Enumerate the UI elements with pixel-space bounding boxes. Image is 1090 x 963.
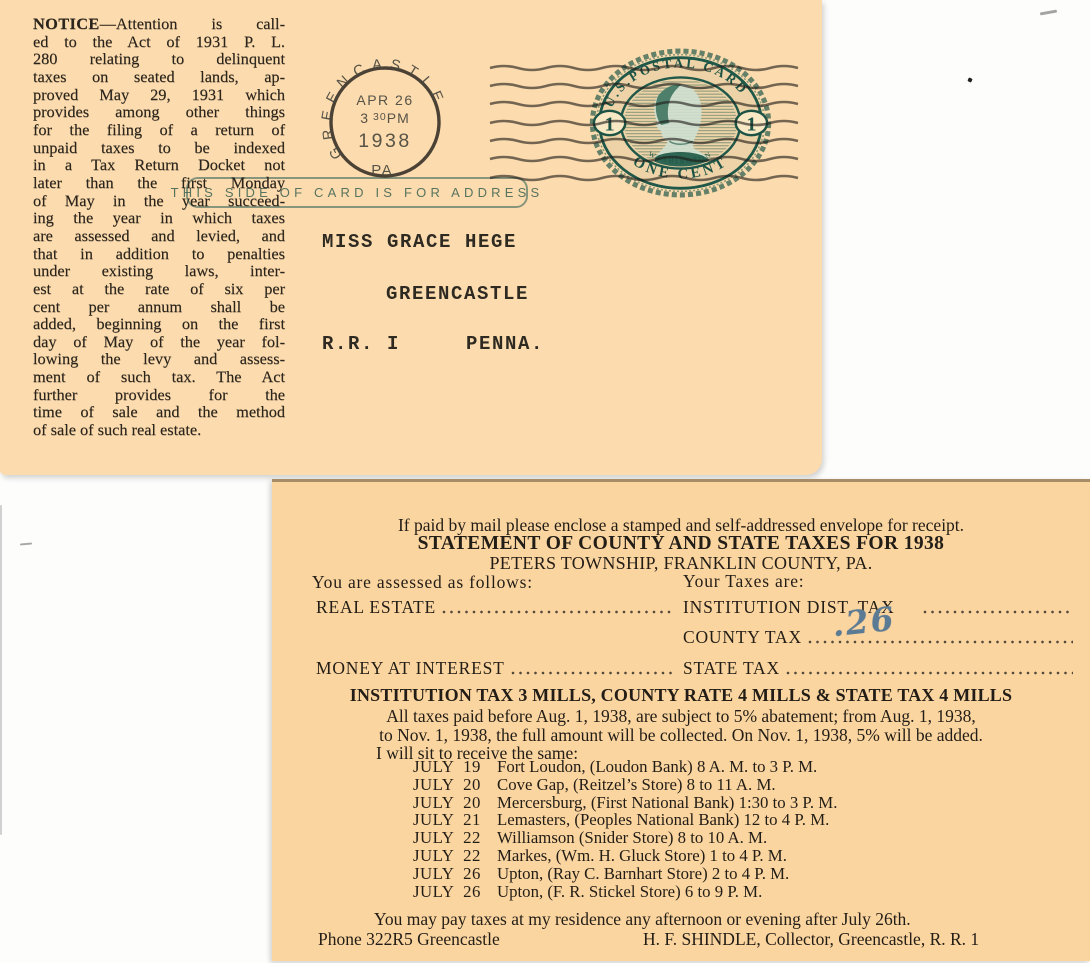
notice-line: of May in the year succeed- (33, 192, 285, 210)
notice-line: later than the first Monday (33, 174, 285, 192)
address-state: PENNA. (466, 333, 544, 355)
notice-line: time of sale and the method (33, 403, 285, 421)
schedule-place: Cove Gap, (Reitzel’s Store) 8 to 11 A. M… (497, 775, 776, 794)
statement-title: STATEMENT OF COUNTY AND STATE TAXES FOR … (272, 533, 1090, 555)
address-city: GREENCASTLE (386, 283, 529, 305)
schedule-place: Upton, (F. R. Stickel Store) 6 to 9 P. M… (497, 882, 762, 901)
schedule-place: Mercersburg, (First National Bank) 1:30 … (497, 793, 837, 812)
notice-line: taxes on seated lands, ap- (33, 68, 285, 86)
schedule-row: JULY 19Fort Loudon, (Loudon Bank) 8 A. M… (413, 758, 837, 776)
notice-line: NOTICE—Attention is call- (33, 15, 285, 33)
money-at-interest-label: MONEY AT INTEREST (316, 658, 505, 679)
schedule-row: JULY 26Upton, (F. R. Stickel Store) 6 to… (413, 883, 837, 901)
notice-line: ed to the Act of 1931 P. L. (33, 33, 285, 51)
notice-line: provides among other things (33, 103, 285, 121)
schedule-date: JULY 26 (413, 883, 497, 901)
notice-line: in a Tax Return Docket not (33, 156, 285, 174)
notice-line: lowing the levy and assess- (33, 350, 285, 368)
scan-edge-shadow (0, 505, 2, 835)
state-tax-row: STATE TAX (683, 658, 1075, 679)
real-estate-label: REAL ESTATE (316, 597, 436, 618)
schedule-row: JULY 20Mercersburg, (First National Bank… (413, 794, 837, 812)
notice-line: ment of such tax. The Act (33, 368, 285, 386)
notice-line: added, beginning on the first (33, 315, 285, 333)
cancellation-lines (488, 58, 828, 188)
notice-line: that in addition to penalties (33, 245, 285, 263)
residence-line: You may pay taxes at my residence any af… (374, 909, 911, 930)
address-recipient: MISS GRACE HEGE (322, 231, 517, 253)
address-rural-route: R.R. I (322, 333, 400, 355)
schedule-date: JULY 21 (413, 811, 497, 829)
postmark-icon: GREENCASTLE APR 26 330PM 1938 PA. (315, 52, 455, 194)
schedule-row: JULY 26Upton, (Ray C. Barnhart Store) 2 … (413, 865, 837, 883)
notice-line: of sale of such real estate. (33, 421, 285, 439)
postmark-year: 1938 (358, 130, 411, 152)
notice-line: ing the year in which taxes (33, 209, 285, 227)
notice-line: day of May of the year fol- (33, 333, 285, 351)
county-tax-label: COUNTY TAX (683, 627, 802, 648)
schedule-date: JULY 22 (413, 847, 497, 865)
schedule-date: JULY 19 (413, 758, 497, 776)
notice-line: are assessed and levied, and (33, 227, 285, 245)
scan-speck (20, 542, 32, 545)
schedule-place: Upton, (Ray C. Barnhart Store) 2 to 4 P.… (497, 864, 789, 883)
postmark-state: PA. (371, 162, 399, 179)
postmark-date: APR 26 (356, 92, 413, 108)
dotted-leader (442, 609, 674, 615)
schedule-row: JULY 22Williamson (Snider Store) 8 to 10… (413, 829, 837, 847)
dotted-leader (511, 670, 674, 676)
collector-line: H. F. SHINDLE, Collector, Greencastle, R… (643, 929, 979, 950)
scan-speck (1040, 10, 1057, 16)
scan-speck (967, 77, 972, 82)
mill-rates-line: INSTITUTION TAX 3 MILLS, COUNTY RATE 4 M… (272, 685, 1090, 706)
schedule-date: JULY 20 (413, 794, 497, 812)
abatement-line-1: All taxes paid before Aug. 1, 1938, are … (272, 706, 1090, 727)
schedule-place: Williamson (Snider Store) 8 to 10 A. M. (497, 828, 767, 847)
notice-line: under existing laws, inter- (33, 262, 285, 280)
phone-line: Phone 322R5 Greencastle (318, 929, 500, 950)
money-at-interest-row: MONEY AT INTEREST (316, 658, 676, 679)
notice-line: for the filing of a return of (33, 121, 285, 139)
notice-line: proved May 29, 1931 which (33, 86, 285, 104)
scanned-postcard-page: NOTICE—Attention is call-ed to the Act o… (0, 0, 1090, 963)
notice-line: 280 relating to delinquent (33, 50, 285, 68)
state-tax-label: STATE TAX (683, 658, 780, 679)
assessed-label: You are assessed as follows: (312, 572, 533, 593)
schedule-place: Lemasters, (Peoples National Bank) 12 to… (497, 810, 829, 829)
schedule-row: JULY 20Cove Gap, (Reitzel’s Store) 8 to … (413, 776, 837, 794)
notice-line: est at the rate of six per (33, 280, 285, 298)
postmark-time: 330PM (360, 110, 409, 126)
notice-line: unpaid taxes to be indexed (33, 139, 285, 157)
schedule-date: JULY 22 (413, 829, 497, 847)
schedule-date: JULY 20 (413, 776, 497, 794)
notice-line: further provides for the (33, 386, 285, 404)
schedule-date: JULY 26 (413, 865, 497, 883)
notice-line: cent per annum shall be (33, 298, 285, 316)
schedule-place: Markes, (Wm. H. Gluck Store) 1 to 4 P. M… (497, 846, 787, 865)
real-estate-row: REAL ESTATE (316, 597, 676, 618)
dotted-leader (786, 670, 1073, 676)
your-taxes-label: Your Taxes are: (683, 571, 804, 592)
schedule-row: JULY 22Markes, (Wm. H. Gluck Store) 1 to… (413, 847, 837, 865)
county-tax-handwritten-value: .26 (830, 599, 897, 644)
township-subtitle: PETERS TOWNSHIP, FRANKLIN COUNTY, PA. (272, 553, 1090, 574)
postcard-back: If paid by mail please enclose a stamped… (272, 479, 1090, 961)
notice-text: NOTICE—Attention is call-ed to the Act o… (33, 15, 285, 439)
schedule-place: Fort Loudon, (Loudon Bank) 8 A. M. to 3 … (497, 757, 817, 776)
dotted-leader (923, 609, 1073, 615)
postcard-front: NOTICE—Attention is call-ed to the Act o… (0, 0, 822, 475)
sit-schedule: JULY 19Fort Loudon, (Loudon Bank) 8 A. M… (413, 758, 837, 900)
schedule-row: JULY 21Lemasters, (Peoples National Bank… (413, 811, 837, 829)
